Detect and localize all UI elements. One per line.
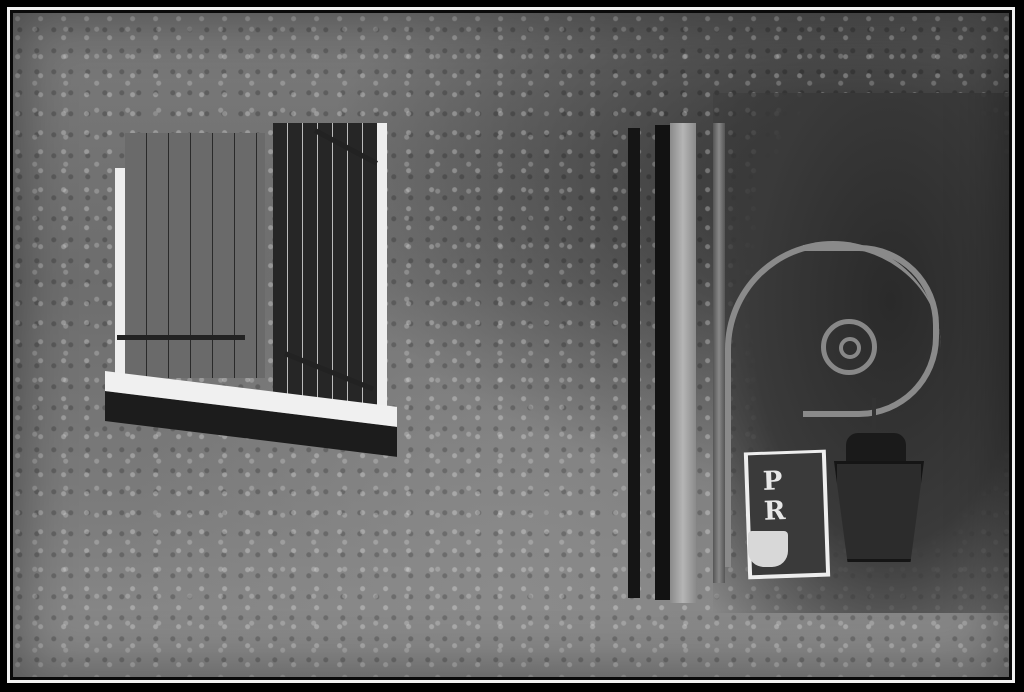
sign-letter-1: P: [762, 465, 803, 496]
bracket-spiral-inner: [839, 337, 861, 359]
lantern: [826, 433, 926, 563]
drainpipe-thin: [713, 123, 725, 583]
right-shutter: [273, 123, 377, 408]
photograph: P R: [13, 13, 1009, 677]
sign-cup-emblem: [748, 531, 788, 567]
sign-text: P R: [762, 465, 804, 526]
lantern-body: [834, 461, 924, 562]
drainpipe-dark-2: [655, 125, 671, 600]
window-frame-right: [377, 123, 387, 408]
hinge-strap-left: [117, 335, 245, 340]
window-frame-left: [115, 168, 125, 378]
drainpipe-dark-1: [628, 128, 640, 598]
window: [105, 113, 405, 453]
left-shutter: [125, 133, 265, 378]
sign-letter-2: R: [763, 495, 804, 526]
lantern-stem: [872, 398, 876, 438]
drainpipe-light: [670, 123, 696, 603]
lantern-cap: [846, 433, 906, 463]
